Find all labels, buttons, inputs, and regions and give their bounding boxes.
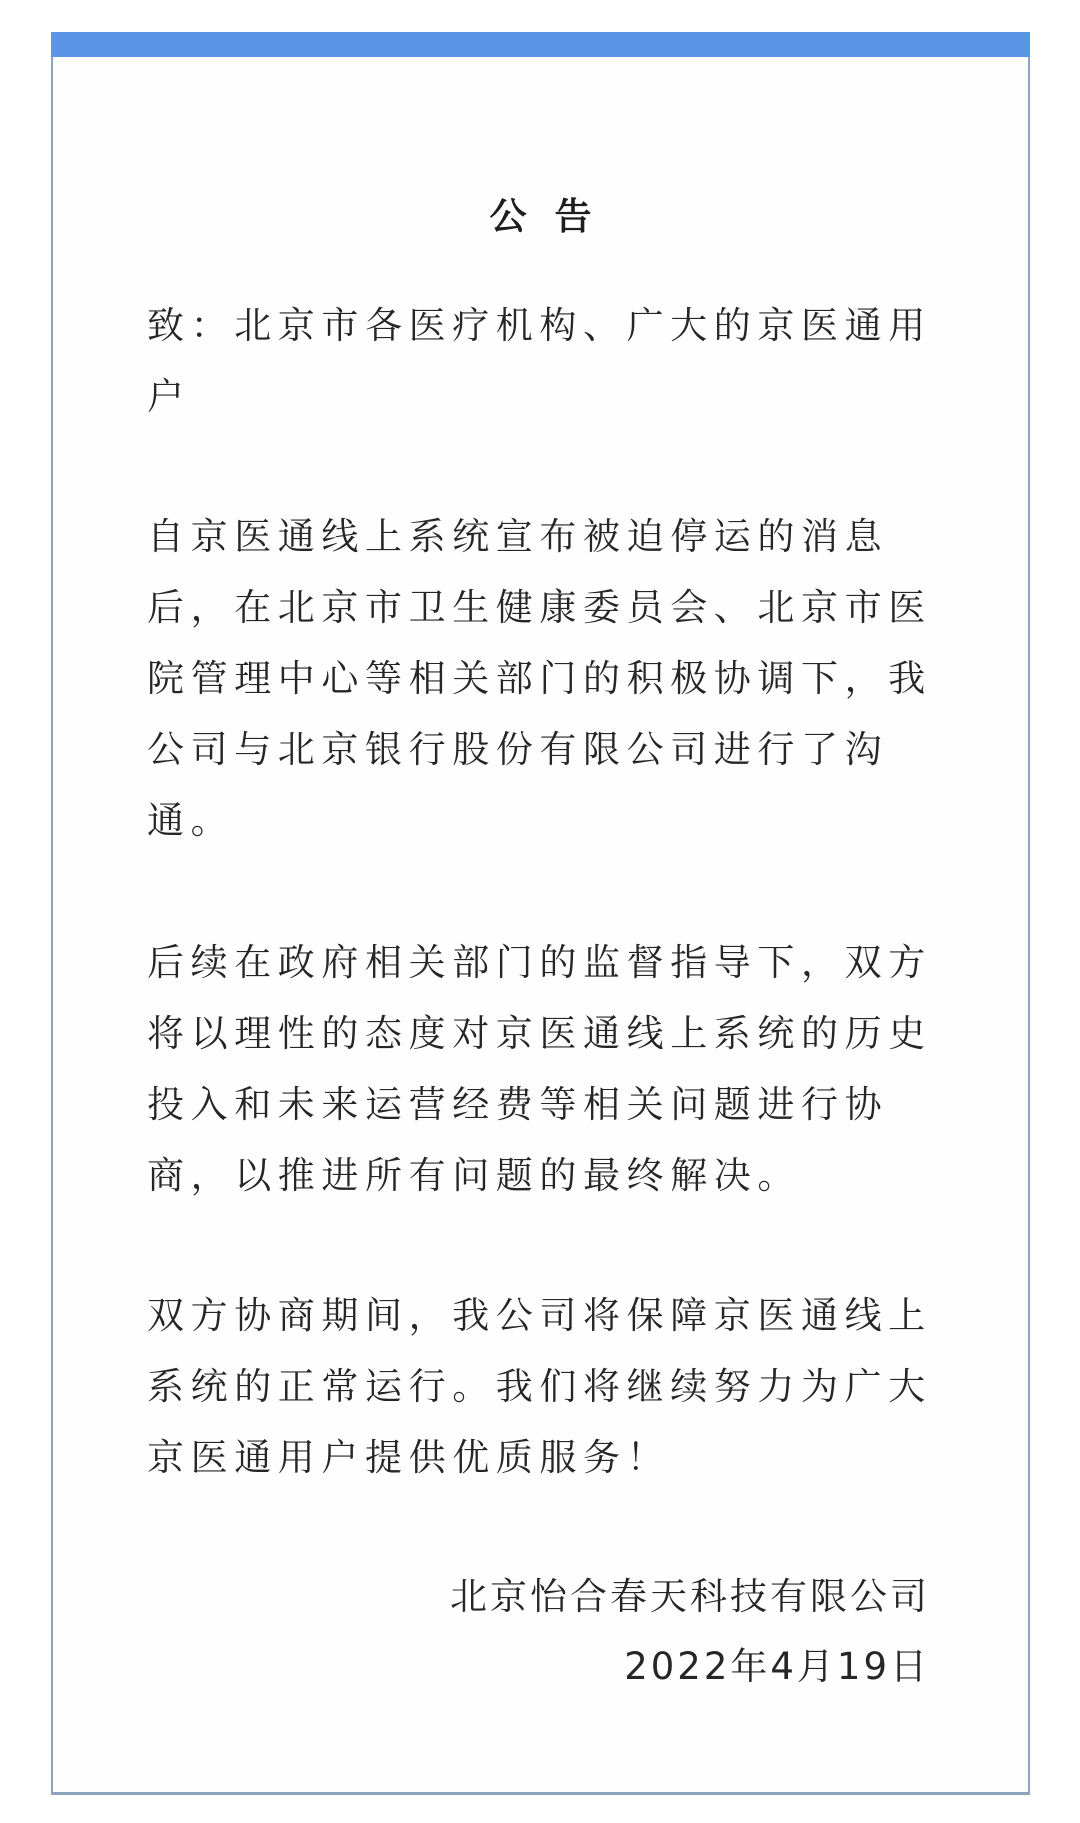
notice-card: 公告 致：北京市各医疗机构、广大的京医通用 户 自京医通线上系统宣布被迫停运的消… [51,32,1030,1795]
signature-block: 北京怡合春天科技有限公司 2022年4月19日 [450,1562,930,1702]
addressee-line: 致：北京市各医疗机构、广大的京医通用 [147,290,947,361]
paragraph-line: 京医通用户提供优质服务！ [147,1422,947,1493]
paragraph-1: 自京医通线上系统宣布被迫停运的消息 后，在北京市卫生健康委员会、北京市医 院管理… [147,501,947,856]
paragraph-2: 后续在政府相关部门的监督指导下，双方 将以理性的态度对京医通线上系统的历史 投入… [147,927,947,1211]
signature-company: 北京怡合春天科技有限公司 [450,1562,930,1632]
paragraph-line: 后续在政府相关部门的监督指导下，双方 [147,927,947,998]
paragraph-line: 投入和未来运营经费等相关问题进行协 [147,1069,947,1140]
addressee: 致：北京市各医疗机构、广大的京医通用 户 [147,290,947,432]
paragraph-line: 自京医通线上系统宣布被迫停运的消息 [147,501,947,572]
paragraph-line: 院管理中心等相关部门的积极协调下，我 [147,643,947,714]
addressee-line: 户 [147,361,947,432]
paragraph-3: 双方协商期间，我公司将保障京医通线上 系统的正常运行。我们将继续努力为广大 京医… [147,1280,947,1493]
paragraph-line: 通。 [147,785,947,856]
paragraph-line: 商，以推进所有问题的最终解决。 [147,1140,947,1211]
notice-title: 公告 [53,194,1028,240]
signature-date: 2022年4月19日 [450,1632,930,1702]
header-accent-bar [51,32,1030,57]
paragraph-line: 公司与北京银行股份有限公司进行了沟 [147,714,947,785]
paragraph-line: 将以理性的态度对京医通线上系统的历史 [147,998,947,1069]
paragraph-line: 双方协商期间，我公司将保障京医通线上 [147,1280,947,1351]
paragraph-line: 后，在北京市卫生健康委员会、北京市医 [147,572,947,643]
paragraph-line: 系统的正常运行。我们将继续努力为广大 [147,1351,947,1422]
